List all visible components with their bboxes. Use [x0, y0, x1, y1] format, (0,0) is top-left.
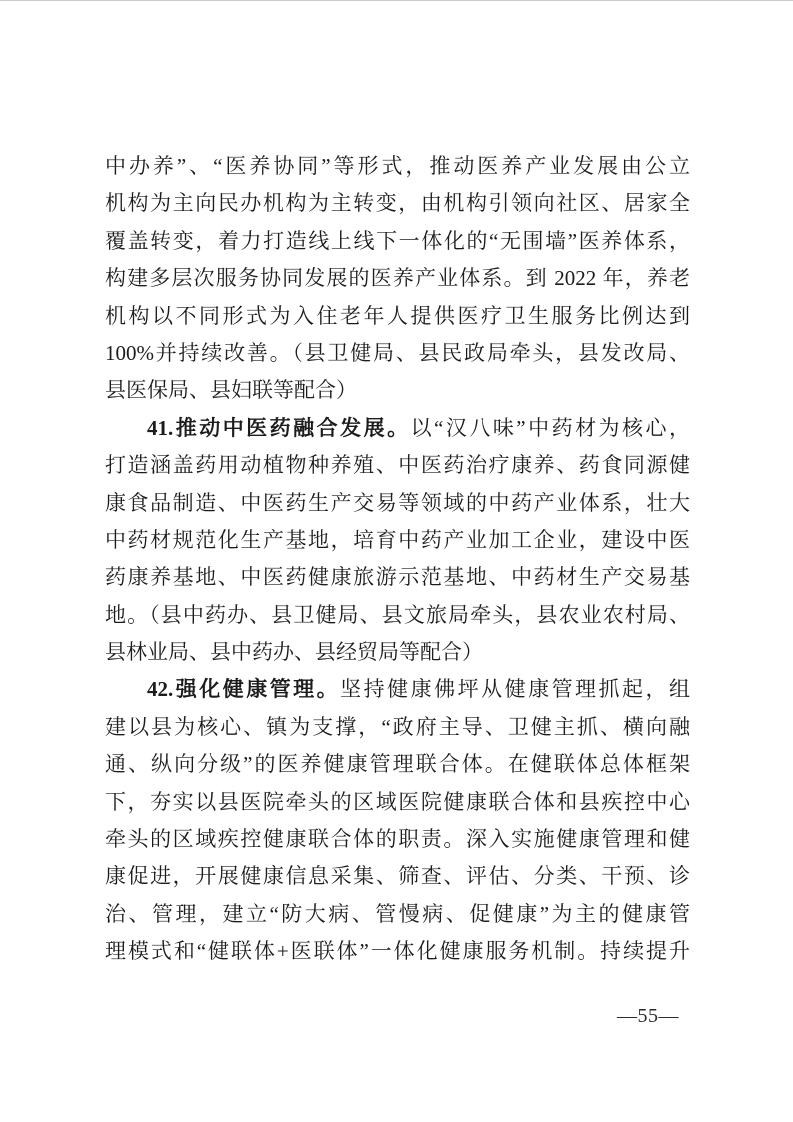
text-line: 通、纵向分级”的医养健康管理联合体。在健联体总体框架 — [105, 746, 690, 783]
body-run: 康食品制造、中医药生产交易等领域的中药产业体系，壮大 — [105, 491, 690, 515]
body-run: 县医保局、县妇联等配合） — [105, 378, 357, 402]
body-run: 坚持健康佛坪从健康管理抓起，组 — [340, 677, 690, 701]
body-run: 县林业局、县中药办、县经贸局等配合） — [105, 640, 483, 664]
text-line: 构建多层次服务协同发展的医养产业体系。到 2022 年，养老 — [105, 260, 690, 297]
body-run: 地。（县中药办、县卫健局、县文旅局牵头，县农业农村局、 — [105, 603, 690, 627]
text-line: 覆盖转变，着力打造线上线下一体化的“无围墙”医养体系， — [105, 223, 690, 260]
text-line: 建以县为核心、镇为支撑，“政府主导、卫健主抓、横向融 — [105, 709, 690, 746]
text-line: 药康养基地、中医药健康旅游示范基地、中药材生产交易基 — [105, 559, 690, 596]
body-run: 中药材规范化生产基地，培育中药产业加工企业，建设中医 — [105, 528, 690, 552]
text-line: 牵头的区域疾控健康联合体的职责。深入实施健康管理和健 — [105, 821, 690, 858]
body-run: 通、纵向分级”的医养健康管理联合体。在健联体总体框架 — [105, 752, 690, 776]
body-run: 建以县为核心、镇为支撑，“政府主导、卫健主抓、横向融 — [105, 715, 690, 739]
text-line: 100%并持续改善。（县卫健局、县民政局牵头，县发改局、 — [105, 335, 690, 372]
text-line: 下，夯实以县医院牵头的区域医院健康联合体和县疾控中心 — [105, 784, 690, 821]
page-number: —55— — [600, 1001, 696, 1031]
bold-heading-run: 41.推动中医药融合发展。 — [147, 416, 411, 440]
body-run: 机构以不同形式为入住老年人提供医疗卫生服务比例达到 — [105, 304, 690, 328]
body-run: 100%并持续改善。（县卫健局、县民政局牵头，县发改局、 — [105, 341, 690, 365]
text-line: 机构为主向民办机构为主转变，由机构引领向社区、居家全 — [105, 185, 690, 222]
text-line: 41.推动中医药融合发展。以“汉八味”中药材为核心， — [105, 410, 690, 447]
body-run: 治、管理，建立“防大病、管慢病、促健康”为主的健康管 — [105, 902, 690, 926]
body-run: 康促进，开展健康信息采集、筛查、评估、分类、干预、诊 — [105, 864, 690, 888]
text-line: 理模式和“健联体+医联体”一体化健康服务机制。持续提升 — [105, 933, 690, 970]
body-run: 中办养”、“医养协同”等形式，推动医养产业发展由公立 — [105, 154, 690, 178]
body-run: 覆盖转变，着力打造线上线下一体化的“无围墙”医养体系， — [105, 229, 690, 253]
text-line: 县医保局、县妇联等配合） — [105, 372, 690, 409]
body-run: 下，夯实以县医院牵头的区域医院健康联合体和县疾控中心 — [105, 790, 690, 814]
text-line: 县林业局、县中药办、县经贸局等配合） — [105, 634, 690, 671]
text-line: 打造涵盖药用动植物种养殖、中医药治疗康养、药食同源健 — [105, 447, 690, 484]
body-run: 构建多层次服务协同发展的医养产业体系。到 2022 年，养老 — [105, 266, 690, 290]
bold-heading-run: 42.强化健康管理。 — [147, 677, 340, 701]
document-page: 中办养”、“医养协同”等形式，推动医养产业发展由公立机构为主向民办机构为主转变，… — [0, 0, 793, 1122]
text-line: 治、管理，建立“防大病、管慢病、促健康”为主的健康管 — [105, 896, 690, 933]
body-run: 药康养基地、中医药健康旅游示范基地、中药材生产交易基 — [105, 565, 690, 589]
text-line: 中办养”、“医养协同”等形式，推动医养产业发展由公立 — [105, 148, 690, 185]
text-line: 地。（县中药办、县卫健局、县文旅局牵头，县农业农村局、 — [105, 597, 690, 634]
body-run: 理模式和“健联体+医联体”一体化健康服务机制。持续提升 — [105, 939, 690, 963]
body-run: 以“汉八味”中药材为核心， — [411, 416, 690, 440]
text-line: 康食品制造、中医药生产交易等领域的中药产业体系，壮大 — [105, 485, 690, 522]
body-run: 牵头的区域疾控健康联合体的职责。深入实施健康管理和健 — [105, 827, 690, 851]
text-line: 中药材规范化生产基地，培育中药产业加工企业，建设中医 — [105, 522, 690, 559]
body-run: 机构为主向民办机构为主转变，由机构引领向社区、居家全 — [105, 191, 690, 215]
text-line: 康促进，开展健康信息采集、筛查、评估、分类、干预、诊 — [105, 858, 690, 895]
text-line: 42.强化健康管理。坚持健康佛坪从健康管理抓起，组 — [105, 671, 690, 708]
body-run: 打造涵盖药用动植物种养殖、中医药治疗康养、药食同源健 — [105, 453, 690, 477]
page-top-edge-line — [0, 0, 793, 1]
text-line: 机构以不同形式为入住老年人提供医疗卫生服务比例达到 — [105, 298, 690, 335]
body-text: 中办养”、“医养协同”等形式，推动医养产业发展由公立机构为主向民办机构为主转变，… — [105, 148, 690, 971]
